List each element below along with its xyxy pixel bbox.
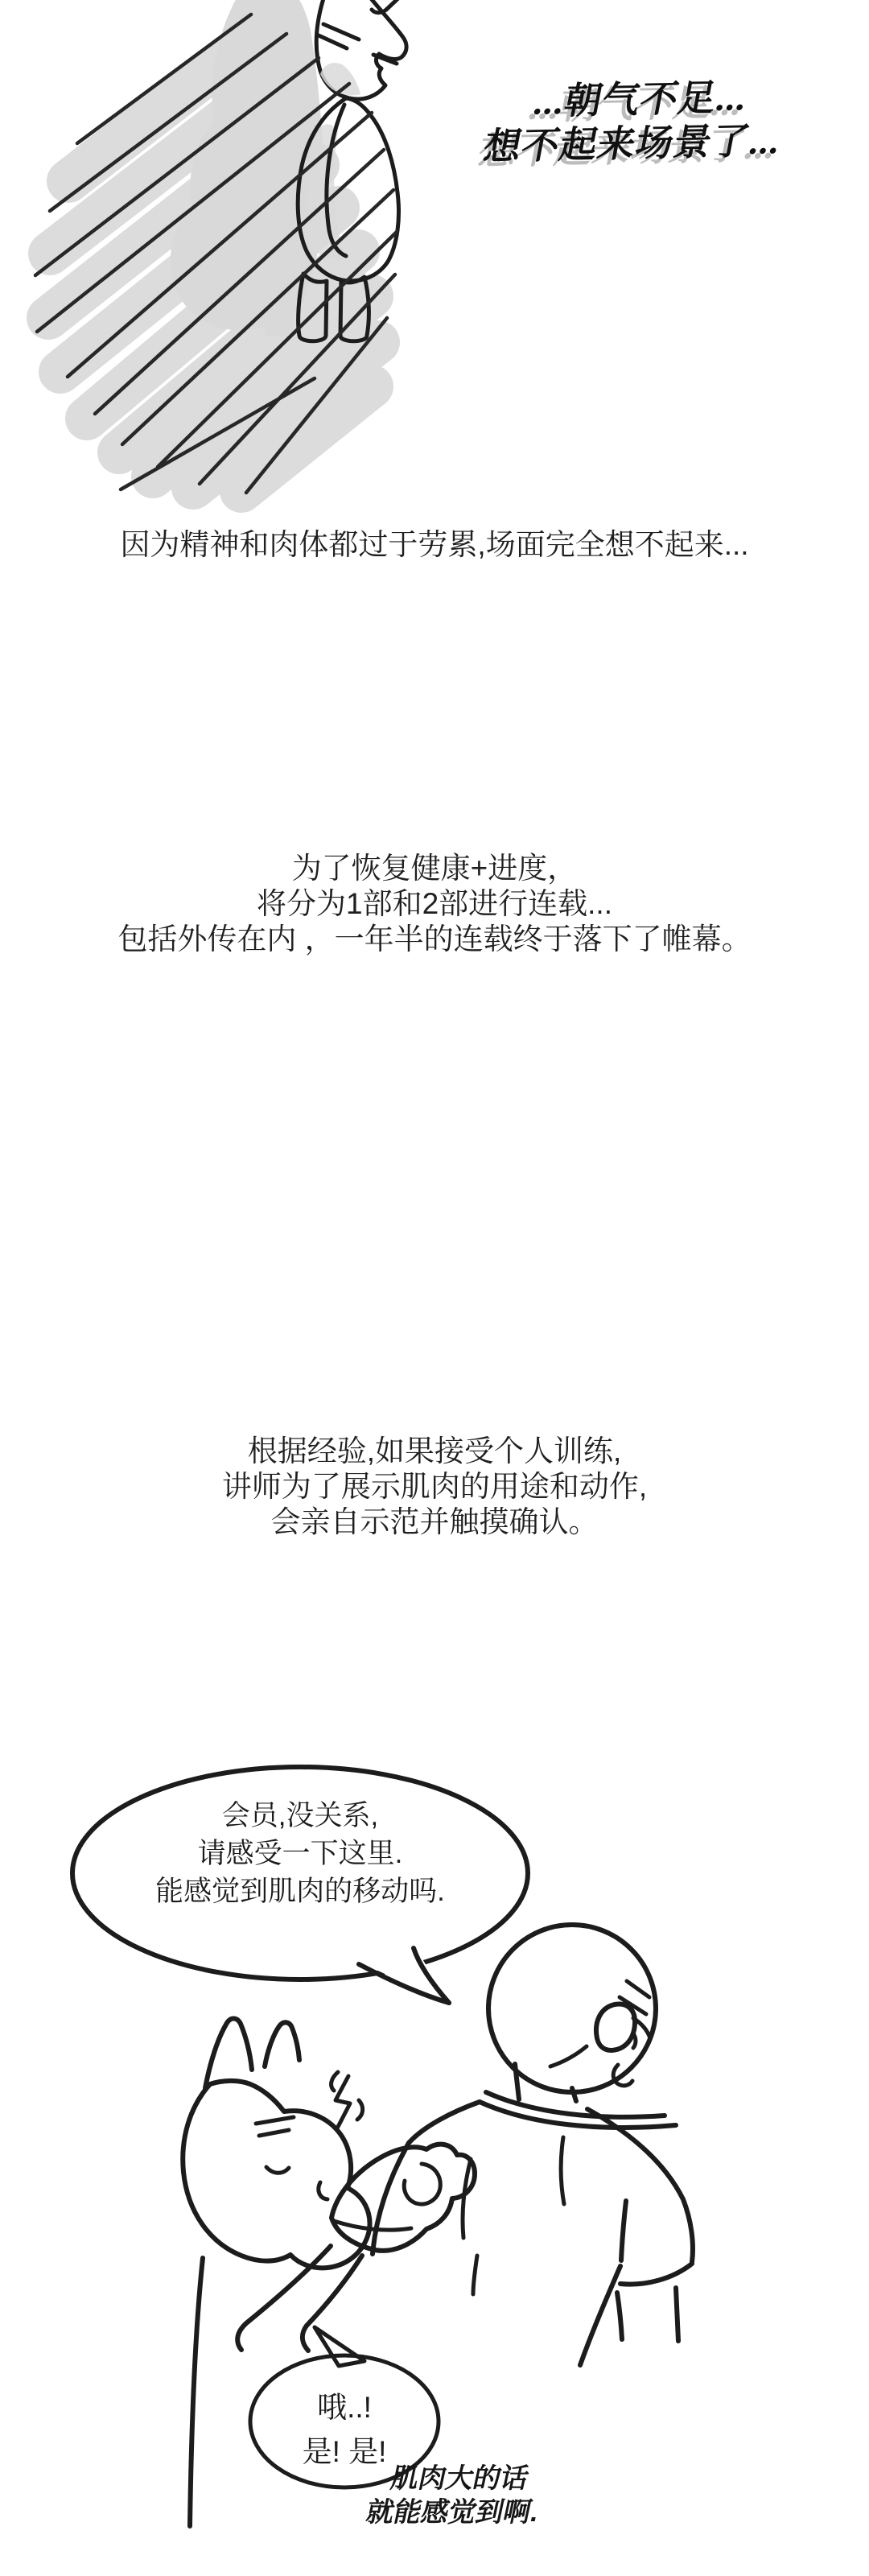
aside-caption: 肌肉大的话 就能感觉到啊. xyxy=(328,2462,584,2529)
cat-paw-palm-line xyxy=(334,2221,411,2230)
member-jaw-line xyxy=(550,2046,587,2066)
cat-surprise-mark xyxy=(332,2072,363,2127)
narration-p3: 根据经验,如果接受个人训练, 讲师为了展示肌肉的用途和动作, 会亲自示范并触摸确… xyxy=(0,1434,869,1540)
trainer-bubble-line-3: 能感觉到肌肉的移动吗. xyxy=(75,1872,525,1910)
member-eye xyxy=(633,2033,636,2048)
narration-p2-line-3: 包括外传在内 ，一年半的连载终于落下了帷幕。 xyxy=(0,922,869,957)
comic-page: ...朝气不足... 想不起来场景了... 因为精神和肉体都过于劳累,场面完全想… xyxy=(0,0,869,2576)
headline-line-1: ...朝气不足... xyxy=(444,73,838,126)
cat-mouth xyxy=(319,2182,327,2199)
narration-p3-line-1: 根据经验,如果接受个人训练, xyxy=(0,1434,869,1469)
member-bubble-line-1: 哦..! xyxy=(251,2385,438,2429)
member-neck xyxy=(515,2064,576,2101)
trainer-bubble-line-2: 请感受一下这里. xyxy=(75,1835,525,1872)
narration-p2-line-1: 为了恢复健康+进度， xyxy=(0,851,869,886)
trainer-speech-bubble-text: 会员,没关系, 请感受一下这里. 能感觉到肌肉的移动吗. xyxy=(75,1797,525,1910)
narration-p2: 为了恢复健康+进度， 将分为1部和2部进行连载... 包括外传在内 ，一年半的连… xyxy=(0,851,869,957)
trainer-bubble-line-1: 会员,没关系, xyxy=(75,1797,525,1835)
cat-paw xyxy=(332,2145,475,2251)
cat-ears xyxy=(205,2018,299,2088)
member-ear xyxy=(596,2004,635,2050)
aside-line-2: 就能感觉到啊. xyxy=(328,2495,577,2529)
cat-body-line xyxy=(190,2258,203,2526)
narration-p3-line-2: 讲师为了展示肌肉的用途和动作, xyxy=(0,1469,869,1505)
narration-p1: 因为精神和肉体都过于劳累,场面完全想不起来... xyxy=(0,528,869,562)
headline-line-2: 想不起来场景了... xyxy=(435,118,829,170)
narration-p3-line-3: 会亲自示范并触摸确认。 xyxy=(0,1505,869,1540)
cat-paw-thumb xyxy=(404,2164,440,2204)
aside-line-1: 肌肉大的话 xyxy=(336,2462,584,2495)
narration-p2-line-2: 将分为1部和2部进行连载... xyxy=(0,886,869,922)
member-collar xyxy=(480,2092,676,2128)
headline: ...朝气不足... 想不起来场景了... xyxy=(435,73,837,170)
bear-closed-eye xyxy=(319,24,359,48)
cat-strained-eyes xyxy=(256,2117,294,2173)
member-speech-bubble-text: 哦..! 是! 是! xyxy=(251,2385,438,2474)
